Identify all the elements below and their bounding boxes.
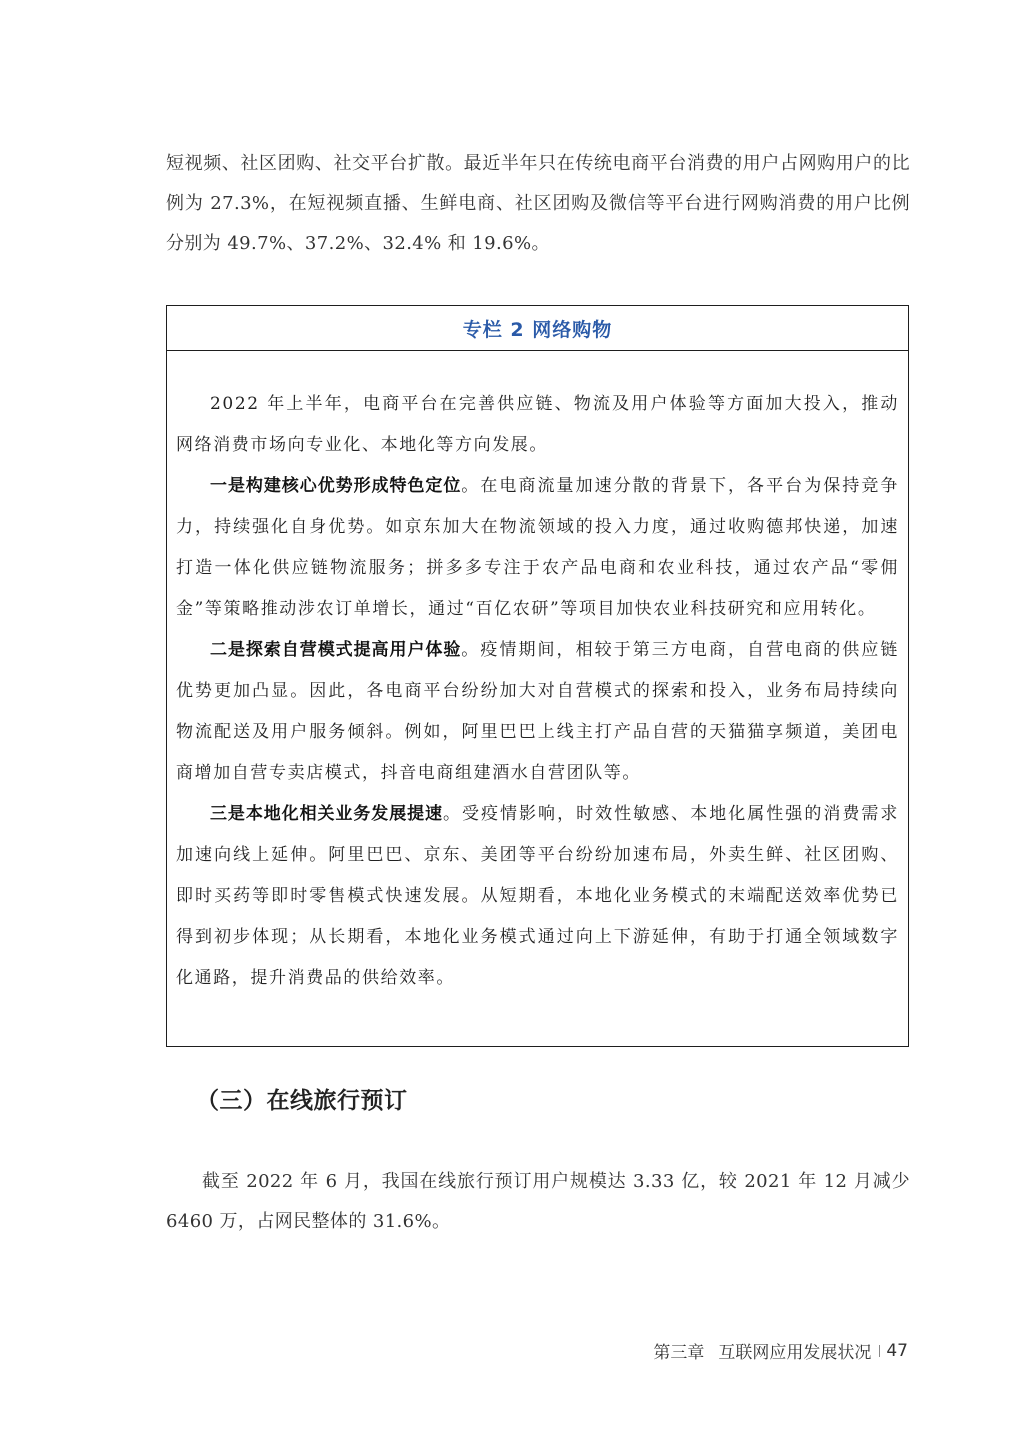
sidebar-box-title: 专栏 2 网络购物 <box>463 315 612 342</box>
section-heading: （三）在线旅行预订 <box>196 1082 408 1115</box>
paragraph-text: 。在电商流量加速分散的背景下，各平台为保持竞争力，持续强化自身优势。如京东加大在… <box>176 476 899 619</box>
paragraph-text: 2022 年上半年，电商平台在完善供应链、物流及用户体验等方面加大投入，推动网络… <box>176 394 899 455</box>
box-paragraph-intro: 2022 年上半年，电商平台在完善供应链、物流及用户体验等方面加大投入，推动网络… <box>176 384 899 466</box>
sidebar-box-online-shopping: 专栏 2 网络购物 2022 年上半年，电商平台在完善供应链、物流及用户体验等方… <box>166 305 909 1047</box>
sidebar-box-body: 2022 年上半年，电商平台在完善供应链、物流及用户体验等方面加大投入，推动网络… <box>167 351 908 999</box>
intro-paragraph: 短视频、社区团购、社交平台扩散。最近半年只在传统电商平台消费的用户占网购用户的比… <box>166 144 910 264</box>
footer-chapter: 第三章 <box>653 1338 704 1363</box>
paragraph-lead: 二是探索自营模式提高用户体验 <box>210 640 461 660</box>
section-text-block: 截至 2022 年 6 月，我国在线旅行预订用户规模达 3.33 亿，较 202… <box>166 1162 910 1242</box>
box-paragraph-point-2: 二是探索自营模式提高用户体验。疫情期间，相较于第三方电商，自营电商的供应链优势更… <box>176 630 899 794</box>
page-footer: 第三章 互联网应用发展状况 47 <box>653 1338 908 1363</box>
intro-text-block: 短视频、社区团购、社交平台扩散。最近半年只在传统电商平台消费的用户占网购用户的比… <box>166 144 910 264</box>
page-number: 47 <box>886 1341 908 1361</box>
paragraph-lead: 一是构建核心优势形成特色定位 <box>210 476 461 496</box>
footer-chapter-title: 互联网应用发展状况 <box>718 1338 871 1363</box>
paragraph-text: 。疫情期间，相较于第三方电商，自营电商的供应链优势更加凸显。因此，各电商平台纷纷… <box>176 640 899 783</box>
box-paragraph-point-3: 三是本地化相关业务发展提速。受疫情影响，时效性敏感、本地化属性强的消费需求加速向… <box>176 794 899 999</box>
paragraph-lead: 三是本地化相关业务发展提速 <box>210 804 443 824</box>
sidebar-box-header: 专栏 2 网络购物 <box>167 306 908 351</box>
section-paragraph: 截至 2022 年 6 月，我国在线旅行预订用户规模达 3.33 亿，较 202… <box>166 1162 910 1242</box>
footer-divider <box>879 1345 880 1357</box>
paragraph-text: 。受疫情影响，时效性敏感、本地化属性强的消费需求加速向线上延伸。阿里巴巴、京东、… <box>176 804 899 988</box>
box-paragraph-point-1: 一是构建核心优势形成特色定位。在电商流量加速分散的背景下，各平台为保持竞争力，持… <box>176 466 899 630</box>
